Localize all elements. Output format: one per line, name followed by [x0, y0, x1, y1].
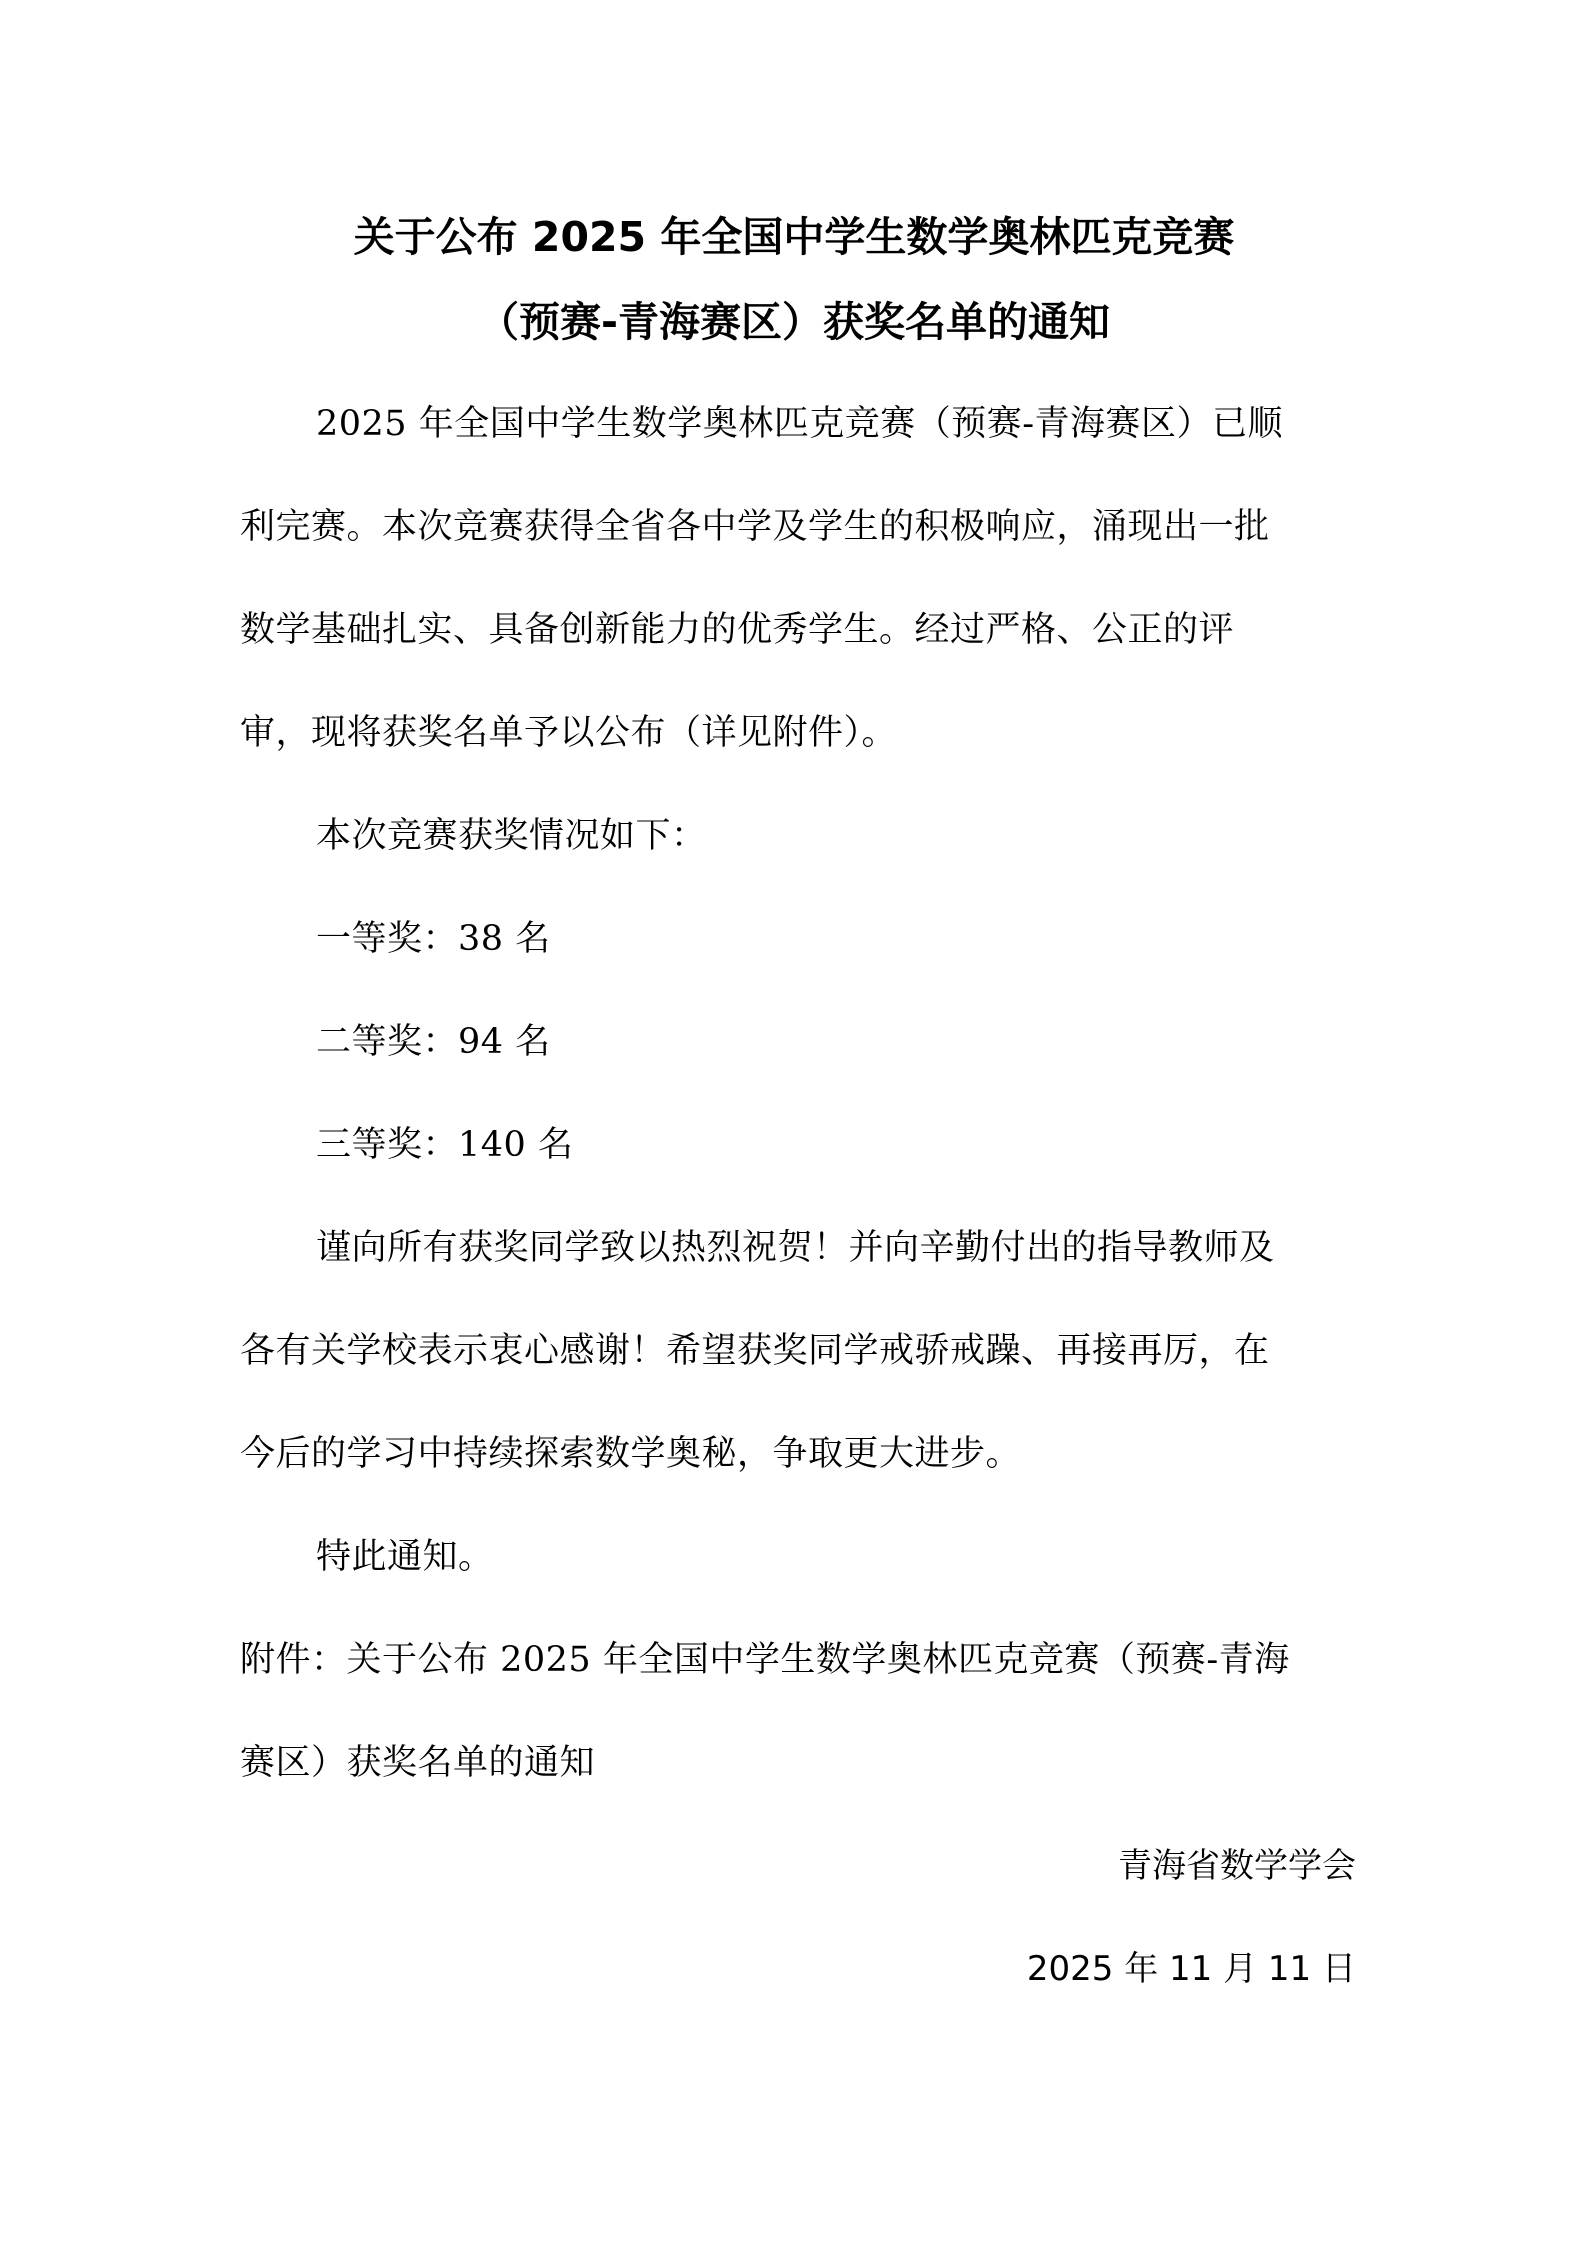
signature-date: 2025 年 11 月 11 日	[1027, 1947, 1356, 1991]
document-page: 关于公布 2025 年全国中学生数学奥林匹克竞赛 （预赛-青海赛区）获奖名单的通…	[0, 0, 1588, 2245]
award-first-prize: 一等奖：38 名	[316, 917, 1426, 961]
award-second-prize: 二等奖：94 名	[316, 1020, 1426, 1064]
congrats-line-2: 各有关学校表示衷心感谢！希望获奖同学戒骄戒躁、再接再厉，在	[240, 1329, 1350, 1373]
intro-line-2: 利完赛。本次竞赛获得全省各中学及学生的积极响应，涌现出一批	[240, 505, 1350, 549]
congrats-line-1: 谨向所有获奖同学致以热烈祝贺！并向辛勤付出的指导教师及	[316, 1226, 1426, 1270]
document-title-line-2: （预赛-青海赛区）获奖名单的通知	[0, 297, 1588, 347]
intro-line-4: 审，现将获奖名单予以公布（详见附件）。	[240, 711, 1350, 755]
award-third-prize: 三等奖：140 名	[316, 1123, 1426, 1167]
attachment-line-2: 赛区）获奖名单的通知	[240, 1741, 1350, 1785]
intro-line-3: 数学基础扎实、具备创新能力的优秀学生。经过严格、公正的评	[240, 608, 1350, 652]
awards-intro: 本次竞赛获奖情况如下：	[316, 814, 1426, 858]
attachment-line-1: 附件：关于公布 2025 年全国中学生数学奥林匹克竞赛（预赛-青海	[240, 1638, 1350, 1682]
signature-organization: 青海省数学学会	[1118, 1844, 1356, 1888]
congrats-line-3: 今后的学习中持续探索数学奥秘，争取更大进步。	[240, 1432, 1350, 1476]
closing-text: 特此通知。	[316, 1535, 1426, 1579]
intro-line-1: 2025 年全国中学生数学奥林匹克竞赛（预赛-青海赛区）已顺	[316, 402, 1426, 446]
document-title-line-1: 关于公布 2025 年全国中学生数学奥林匹克竞赛	[0, 212, 1588, 262]
